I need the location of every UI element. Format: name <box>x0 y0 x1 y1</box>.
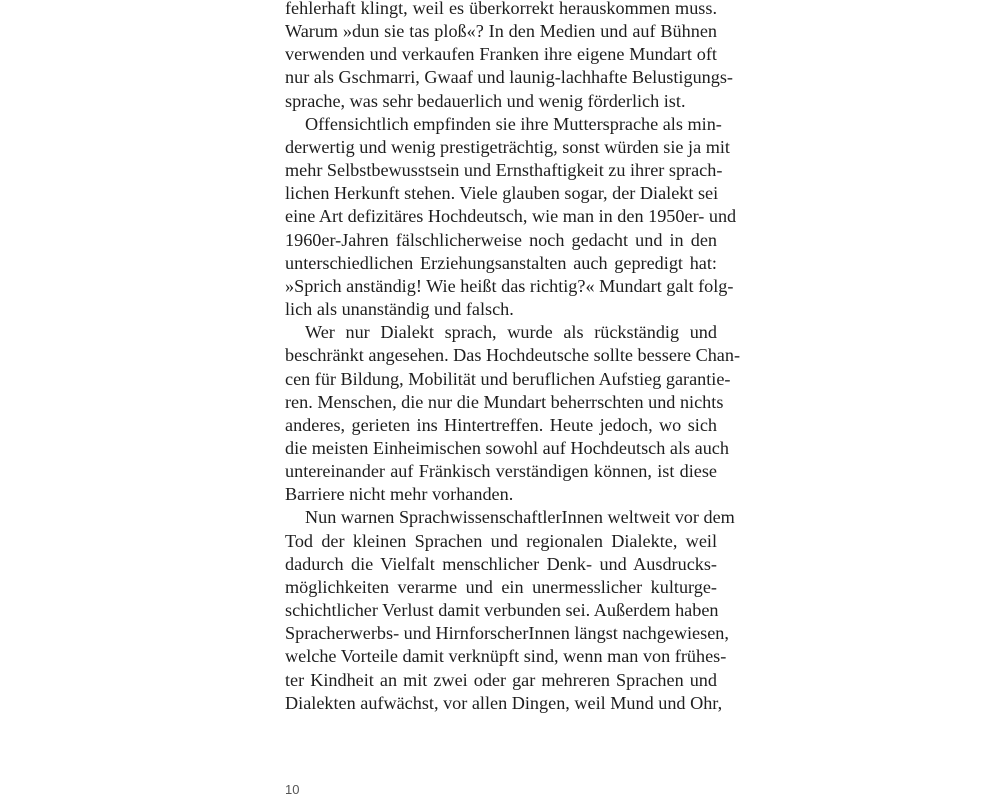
text-line: lichen Herkunft stehen. Viele glauben so… <box>285 182 717 205</box>
text-line: Barriere nicht mehr vorhanden. <box>285 483 717 506</box>
paragraph-3: Wer nur Dialekt sprach, wurde als rückst… <box>285 321 717 506</box>
page-number: 10 <box>285 782 299 797</box>
text-line: »Sprich anständig! Wie heißt das richtig… <box>285 275 717 298</box>
text-line: 1960er-Jahren fälschlicherweise noch ged… <box>285 229 717 252</box>
paragraph-2: Offensichtlich empfinden sie ihre Mutter… <box>285 113 717 321</box>
text-line: nur als Gschmarri, Gwaaf und launig-lach… <box>285 66 717 89</box>
text-line: mehr Selbstbewusstsein und Ernsthaftigke… <box>285 159 717 182</box>
text-line: dadurch die Vielfalt menschlicher Denk- … <box>285 553 717 576</box>
text-line: derwertig und wenig prestigeträchtig, so… <box>285 136 717 159</box>
text-line: beschränkt angesehen. Das Hochdeutsche s… <box>285 344 717 367</box>
text-line: möglichkeiten verarme und ein unermessli… <box>285 576 717 599</box>
text-line: Wer nur Dialekt sprach, wurde als rückst… <box>285 321 717 344</box>
text-line: welche Vorteile damit verknüpft sind, we… <box>285 645 717 668</box>
text-line: Nun warnen SprachwissenschaftlerInnen we… <box>285 506 717 529</box>
text-line: fehlerhaft klingt, weil es überkorrekt h… <box>285 0 717 20</box>
text-line: Dialekten aufwächst, vor allen Dingen, w… <box>285 692 717 715</box>
text-line: Offensichtlich empfinden sie ihre Mutter… <box>285 113 717 136</box>
text-line: Tod der kleinen Sprachen und regionalen … <box>285 530 717 553</box>
text-line: cen für Bildung, Mobilität und beruflich… <box>285 368 717 391</box>
text-line: untereinander auf Fränkisch verständigen… <box>285 460 717 483</box>
paragraph-1: fehlerhaft klingt, weil es überkorrekt h… <box>285 0 717 113</box>
text-line: Spracherwerbs- und HirnforscherInnen län… <box>285 622 717 645</box>
text-line: unterschiedlichen Erziehungsanstalten au… <box>285 252 717 275</box>
paragraph-4: Nun warnen SprachwissenschaftlerInnen we… <box>285 506 717 714</box>
text-line: ter Kindheit an mit zwei oder gar mehrer… <box>285 669 717 692</box>
text-line: sprache, was sehr bedauerlich und wenig … <box>285 90 717 113</box>
text-line: die meisten Einheimischen sowohl auf Hoc… <box>285 437 717 460</box>
text-line: Warum »dun sie tas ploß«? In den Medien … <box>285 20 717 43</box>
text-line: ren. Menschen, die nur die Mundart beher… <box>285 391 717 414</box>
book-page-body: fehlerhaft klingt, weil es überkorrekt h… <box>285 0 717 715</box>
text-line: lich als unanständig und falsch. <box>285 298 717 321</box>
text-line: verwenden und verkaufen Franken ihre eig… <box>285 43 717 66</box>
text-line: anderes, gerieten ins Hintertreffen. Heu… <box>285 414 717 437</box>
text-line: eine Art defizitäres Hochdeutsch, wie ma… <box>285 205 717 228</box>
text-line: schichtlicher Verlust damit verbunden se… <box>285 599 717 622</box>
